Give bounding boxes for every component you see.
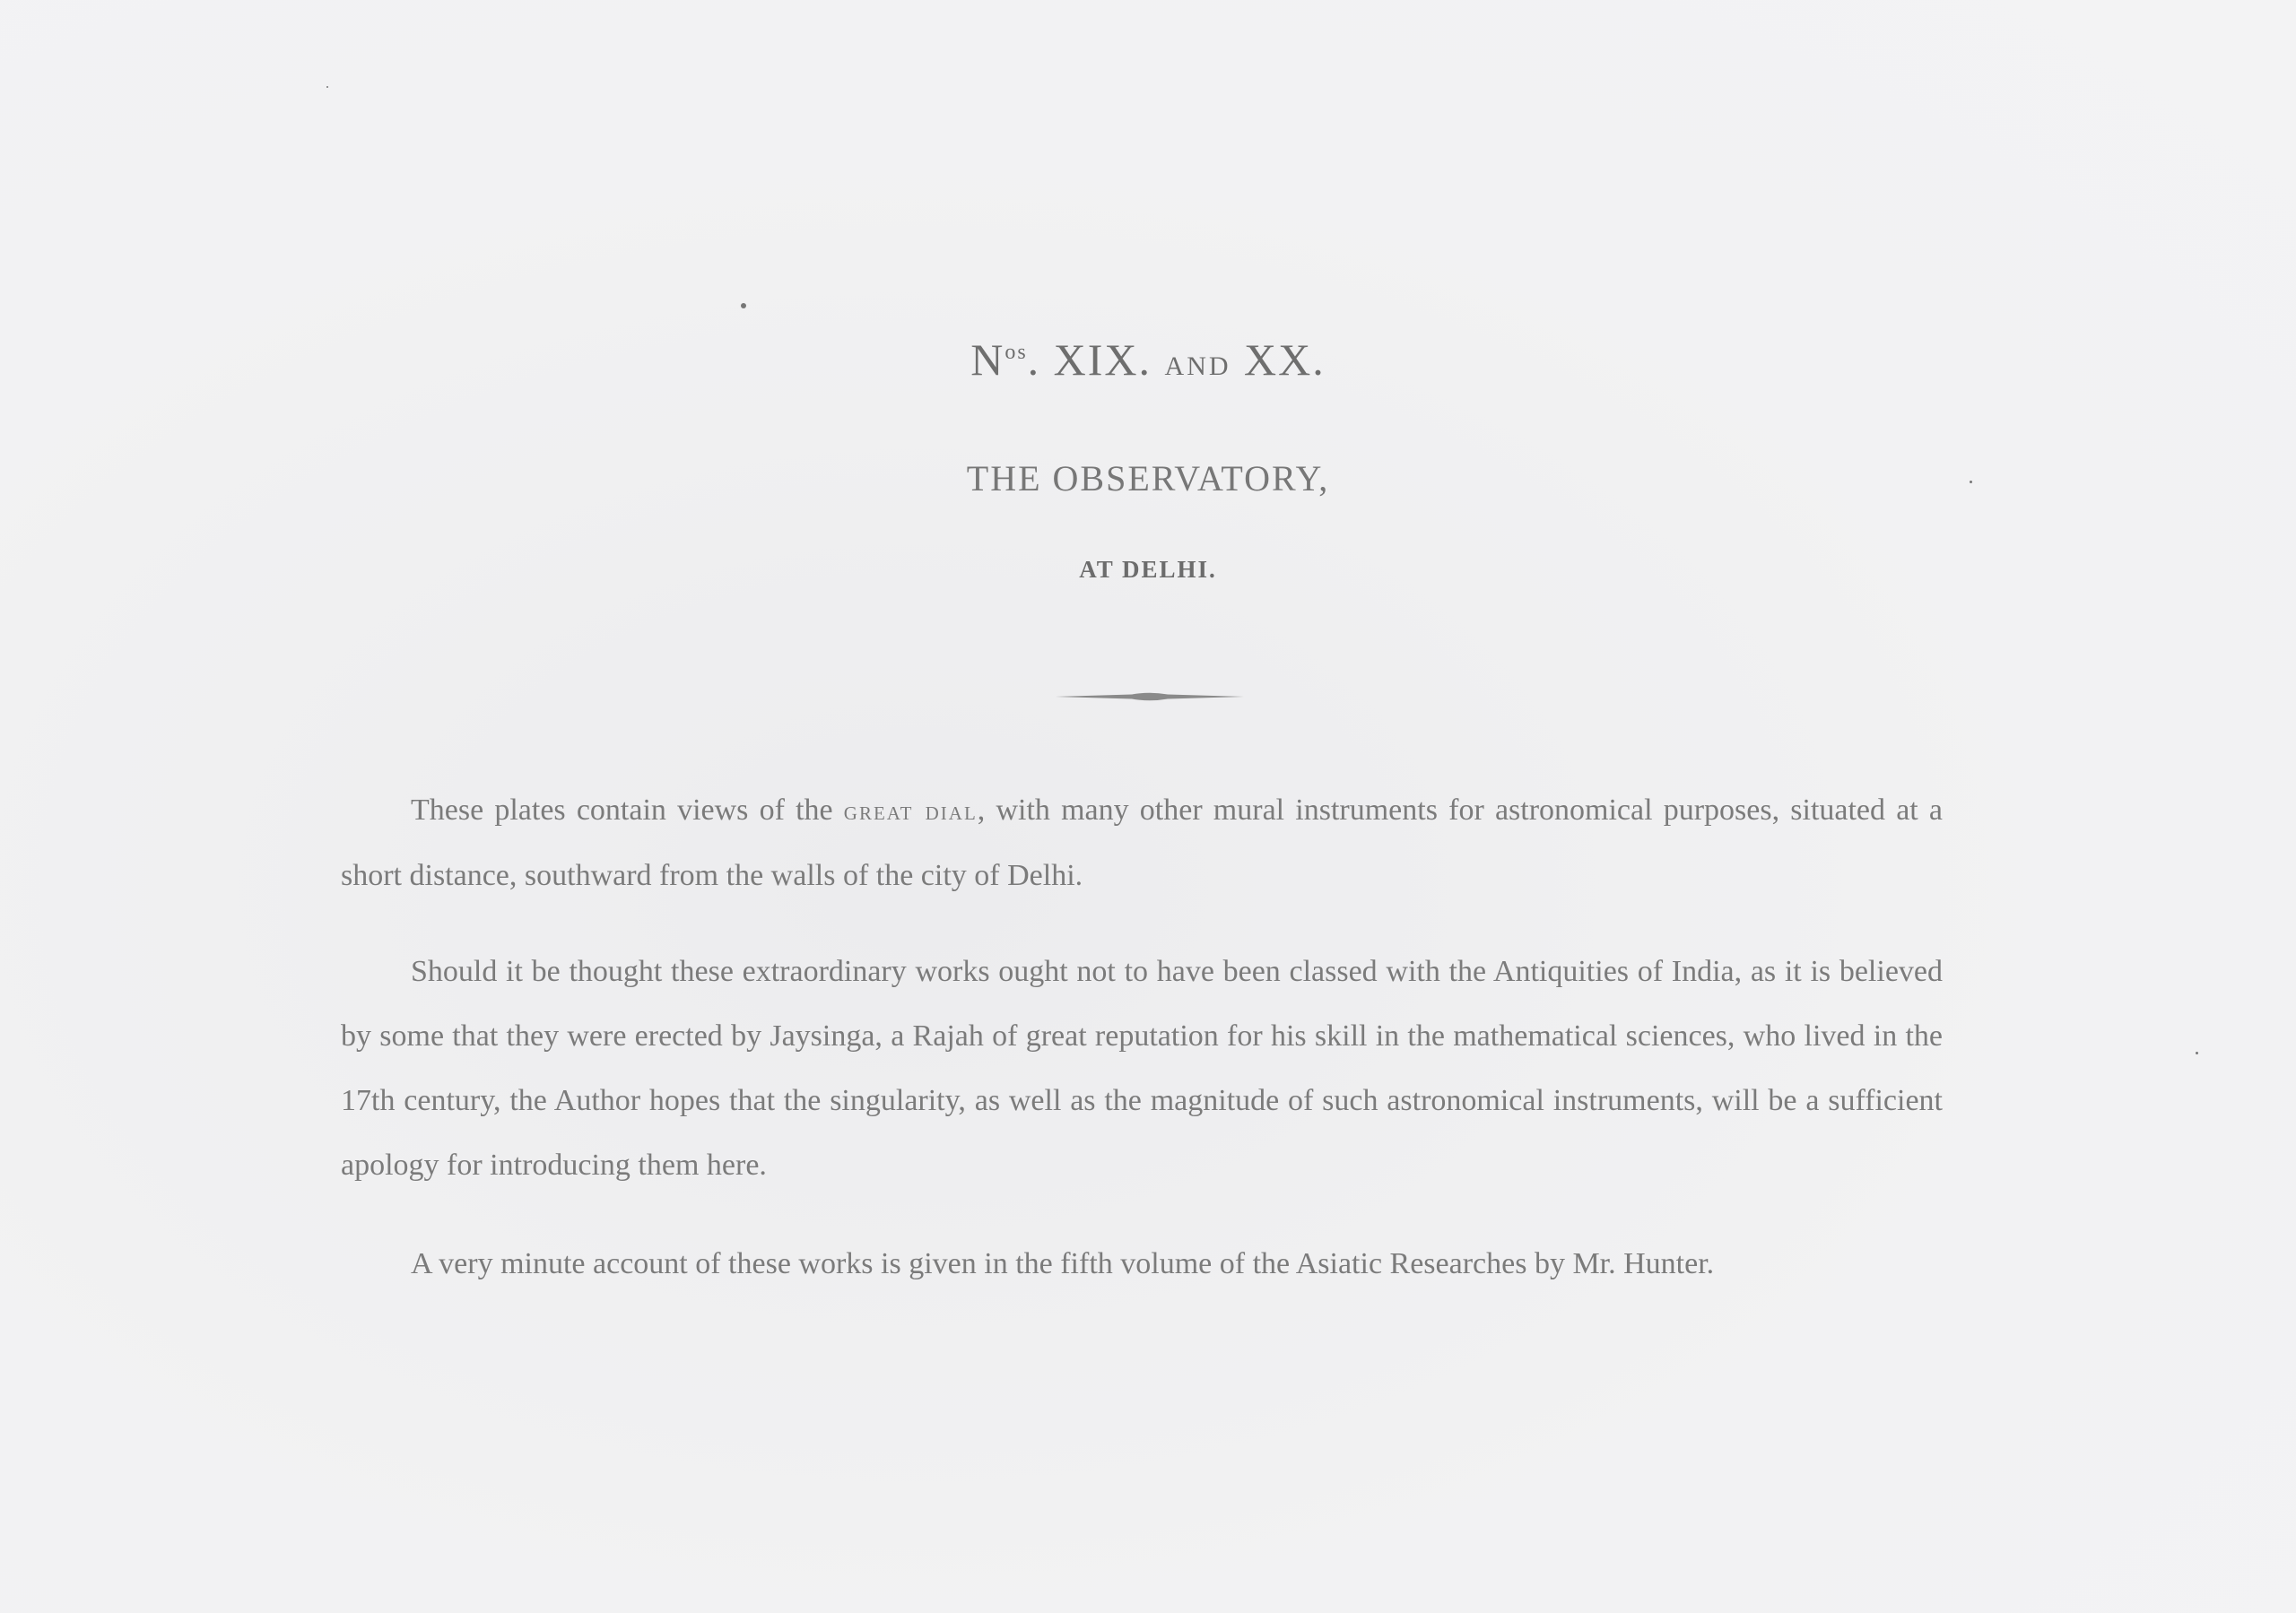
paragraph-2: Should it be thought these extraordinary… [341, 940, 1943, 1198]
document-page: Nos. XIX. AND XX. THE OBSERVATORY, AT DE… [0, 0, 2296, 1613]
paragraph-1-text-before: These plates contain views of the [411, 793, 844, 827]
nos-prefix: N [970, 334, 1004, 385]
and-word: AND [1165, 351, 1231, 381]
decorative-rule-icon [1056, 690, 1244, 703]
paragraph-2-text: Should it be thought these extraordinary… [341, 940, 1943, 1198]
plate-number-second: XX. [1244, 334, 1326, 385]
paper-speck [326, 86, 328, 88]
paper-speck [1970, 481, 1972, 483]
page-title: THE OBSERVATORY, [0, 457, 2296, 499]
paper-speck [741, 303, 746, 308]
great-dial-small-caps: great dial [844, 796, 978, 826]
plate-number-first: . XIX. [1028, 334, 1152, 385]
page-subtitle: AT DELHI. [0, 556, 2296, 584]
plate-numbers-heading: Nos. XIX. AND XX. [0, 334, 2296, 386]
paragraph-1: These plates contain views of the great … [341, 778, 1943, 908]
paper-speck [2196, 1052, 2198, 1054]
nos-superscript: os [1004, 341, 1027, 364]
paragraph-3-text: A very minute account of these works is … [341, 1232, 1943, 1296]
paragraph-3: A very minute account of these works is … [341, 1232, 1943, 1296]
